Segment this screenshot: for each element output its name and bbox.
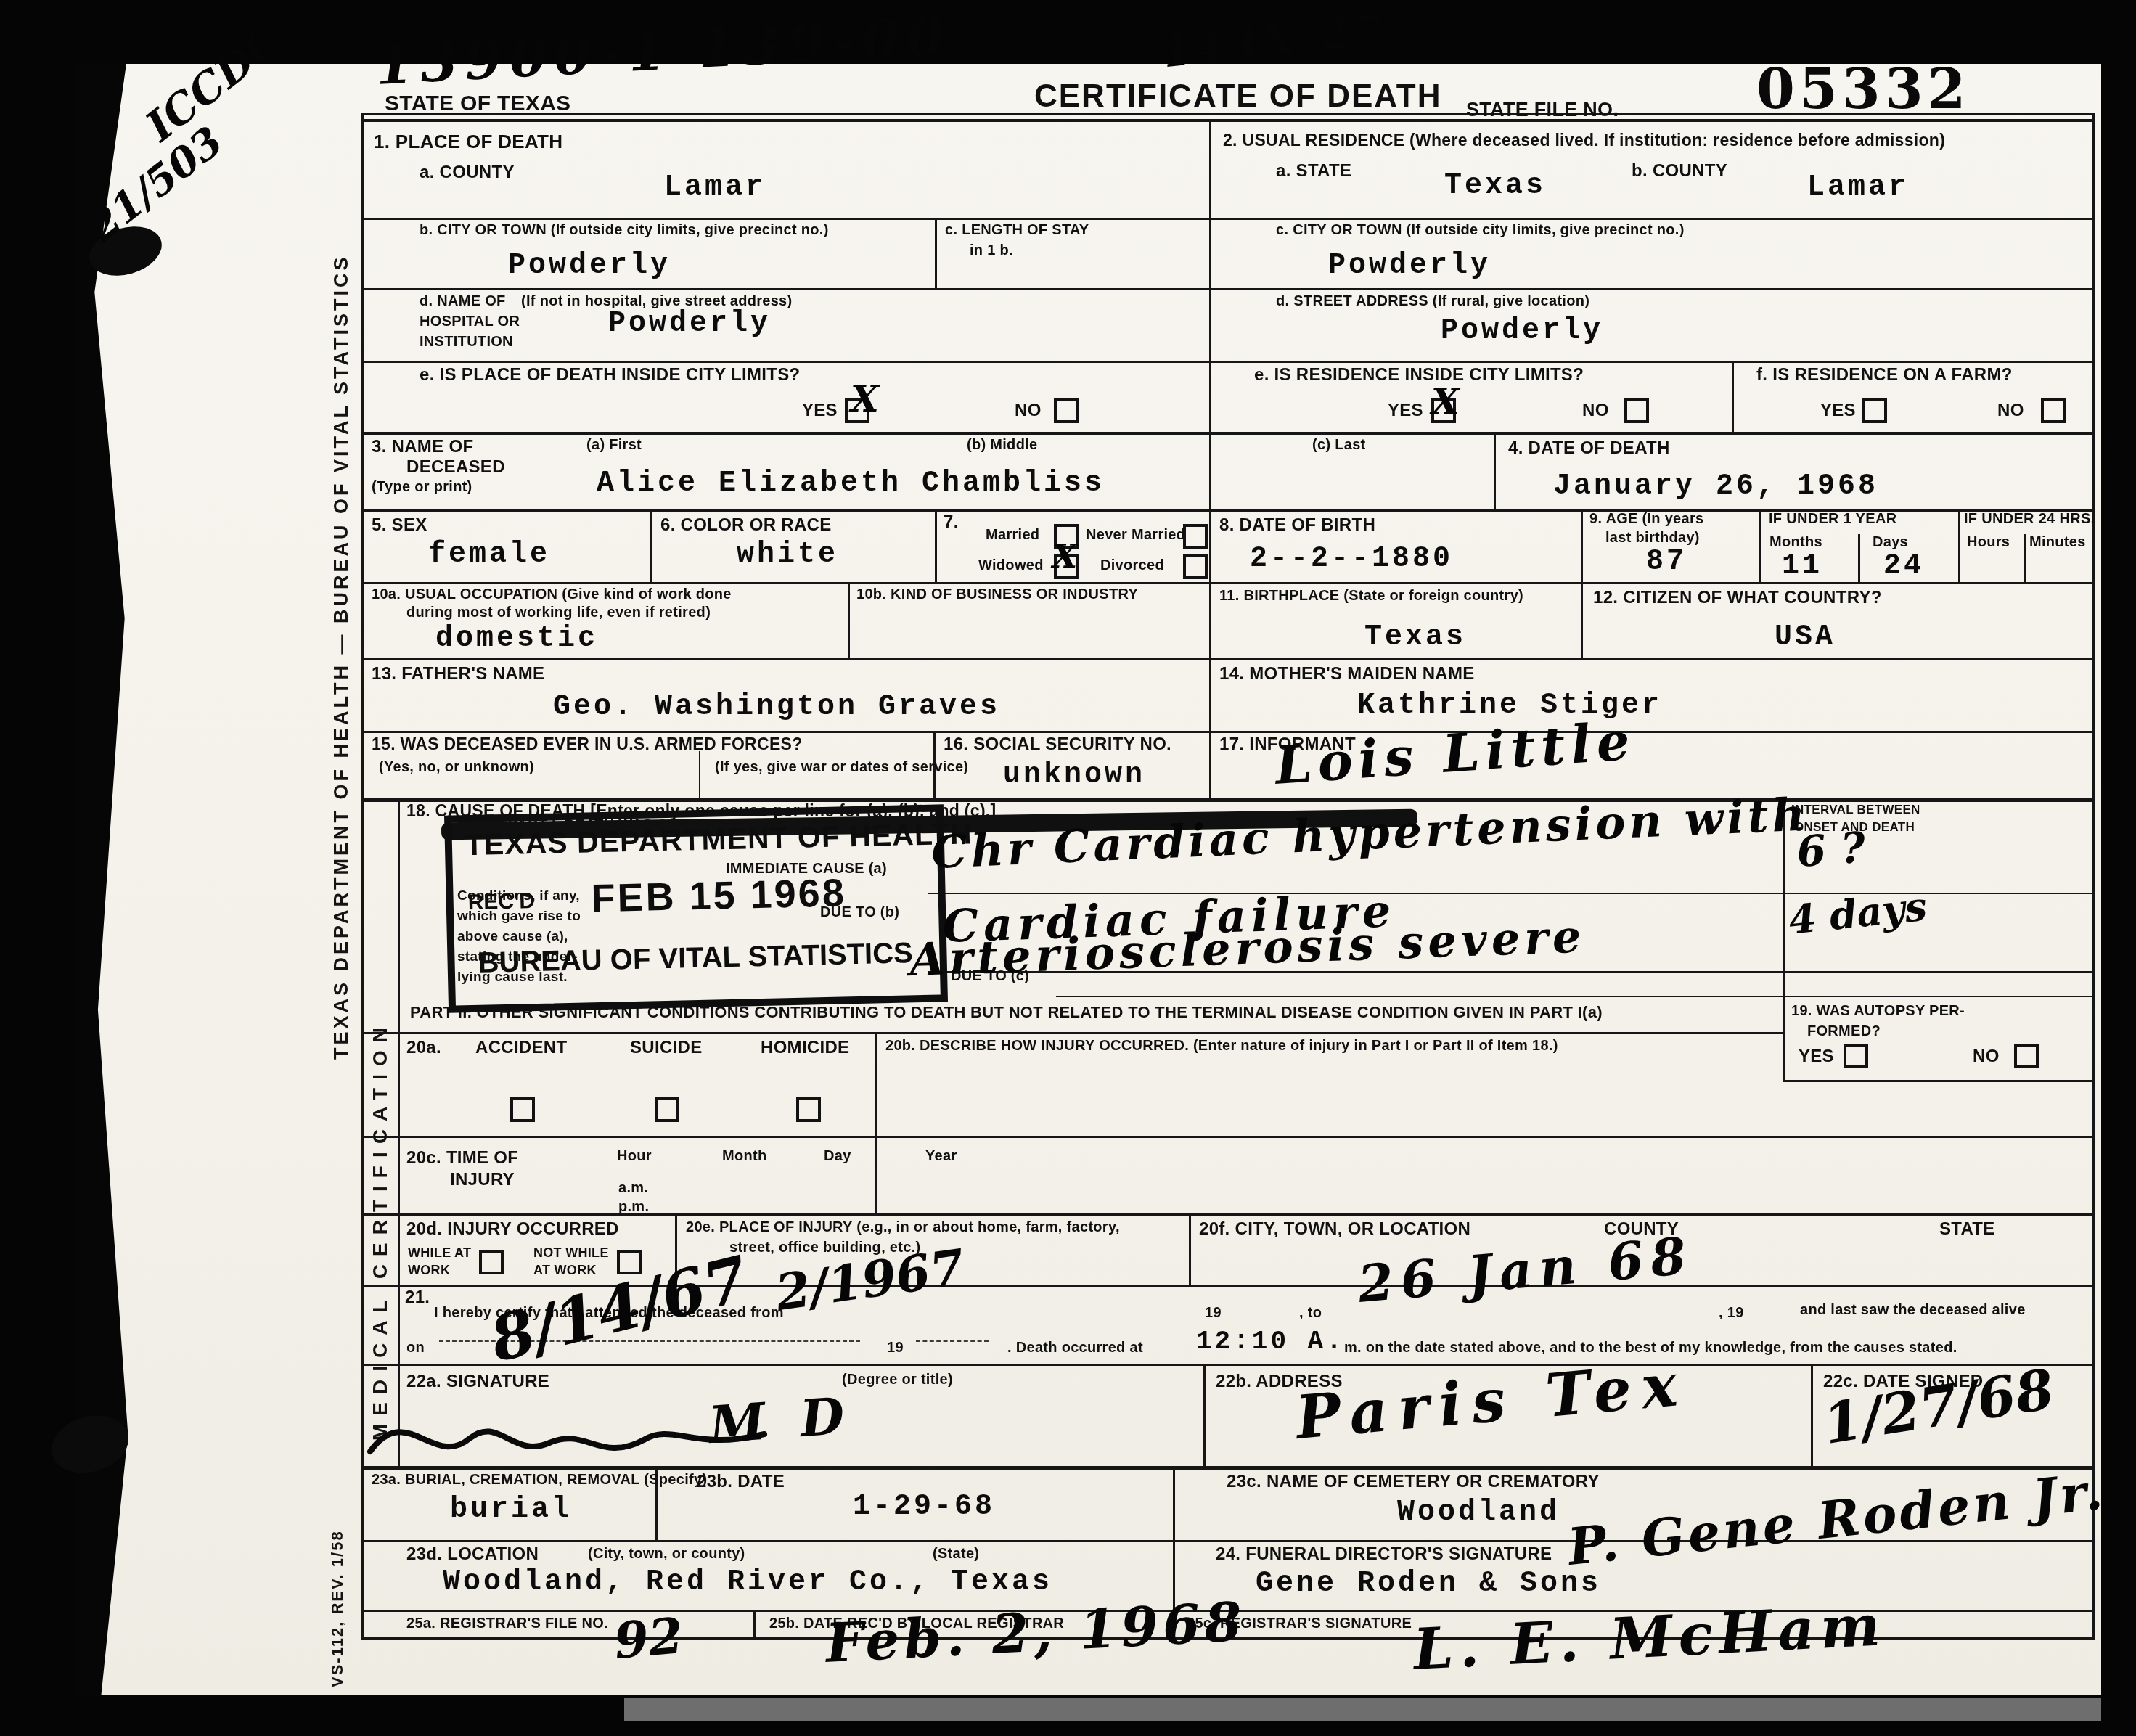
s12-value: USA xyxy=(1775,621,1836,654)
s10a-label2: during most of working life, even if ret… xyxy=(406,605,711,621)
s19-no-checkbox xyxy=(2014,1044,2039,1068)
s1d-label: d. NAME OF xyxy=(420,293,506,310)
s20c-am-label: a.m. xyxy=(618,1180,648,1197)
s15-label: 15. WAS DECEASED EVER IN U.S. ARMED FORC… xyxy=(372,734,803,754)
s14-label: 14. MOTHER'S MAIDEN NAME xyxy=(1219,664,1475,684)
s2b-value: Lamar xyxy=(1807,171,1909,204)
s7-never-married-label: Never Married xyxy=(1086,527,1185,544)
rule xyxy=(1494,432,1496,509)
s6-label: 6. COLOR OR RACE xyxy=(660,515,831,536)
s20c-pm-label: p.m. xyxy=(618,1199,649,1216)
s1d-value: Powderly xyxy=(608,308,771,340)
rule xyxy=(1783,1080,2094,1082)
s7-divorced-label: Divorced xyxy=(1100,557,1164,574)
s20c-year-label: Year xyxy=(925,1148,957,1165)
s8-label: 8. DATE OF BIRTH xyxy=(1219,515,1375,536)
s20d-while-checkbox xyxy=(479,1250,504,1274)
s4-value: January 26, 1968 xyxy=(1553,470,1878,503)
s20a-label: 20a. xyxy=(406,1038,441,1058)
s22a-degree-label: (Degree or title) xyxy=(842,1372,953,1388)
s20a-suicide-checkbox xyxy=(655,1097,679,1122)
s20a-suicide-label: SUICIDE xyxy=(630,1038,702,1058)
s1c-label: c. LENGTH OF STAY xyxy=(945,222,1089,239)
s13-label: 13. FATHER'S NAME xyxy=(372,664,544,684)
s21-to: , to xyxy=(1299,1305,1322,1322)
s20e-label1: 20e. PLACE OF INJURY (e.g., in or about … xyxy=(686,1219,1120,1236)
s2d-value: Powderly xyxy=(1441,315,1603,348)
s7-divorced-checkbox xyxy=(1183,554,1208,579)
rule xyxy=(1581,509,1583,582)
s12-label: 12. CITIZEN OF WHAT COUNTRY? xyxy=(1593,588,1882,608)
s21-yr2: , 19 xyxy=(1719,1305,1744,1322)
s15-sub1: (Yes, no, or unknown) xyxy=(379,759,534,776)
s6-value: white xyxy=(737,539,838,571)
rule xyxy=(1209,119,1211,800)
rule xyxy=(1759,509,1761,582)
rule xyxy=(363,288,2094,290)
s20b-label: 20b. DESCRIBE HOW INJURY OCCURRED. (Ente… xyxy=(885,1038,1558,1055)
rule xyxy=(1811,1364,1813,1467)
s21-yr3: 19 xyxy=(887,1340,904,1356)
s2f-yes-checkbox xyxy=(1862,398,1887,423)
s23d-sub2-label: (State) xyxy=(933,1546,979,1563)
rule xyxy=(1056,996,2094,997)
s20c-day-label: Day xyxy=(824,1148,851,1165)
s2c-value: Powderly xyxy=(1328,250,1491,282)
rule xyxy=(363,1032,1784,1034)
s1-title: 1. PLACE OF DEATH xyxy=(374,131,562,153)
rule xyxy=(1858,534,1860,582)
s3-last-label: (c) Last xyxy=(1312,437,1366,454)
s2f-no-checkbox xyxy=(2041,398,2066,423)
s23d-label: 23d. LOCATION xyxy=(406,1544,539,1565)
s20d-not1-label: NOT WHILE xyxy=(533,1245,609,1261)
rule xyxy=(2092,113,2095,1640)
s2b-label: b. COUNTY xyxy=(1632,161,1727,181)
rule xyxy=(1958,509,1960,582)
s7-widowed-label: Widowed xyxy=(978,557,1044,574)
s19-yes-checkbox xyxy=(1844,1044,1868,1068)
s9-months-value: 11 xyxy=(1782,550,1822,583)
s21-on: on xyxy=(406,1340,425,1356)
s23c-label: 23c. NAME OF CEMETERY OR CREMATORY xyxy=(1227,1472,1600,1492)
s1c-sublabel: in 1 b. xyxy=(970,242,1013,259)
s10a-value: domestic xyxy=(435,623,598,655)
s23b-value: 1-29-68 xyxy=(853,1491,995,1523)
rule xyxy=(363,658,2094,660)
s2e-yes-mark: X xyxy=(1431,380,1460,423)
rule xyxy=(935,509,937,582)
rule xyxy=(1581,582,1583,658)
s21-text2: and last saw the deceased alive xyxy=(1800,1302,2026,1319)
s1e-yes-label: YES xyxy=(802,401,838,421)
s18-interval-label1: INTERVAL BETWEEN xyxy=(1791,803,1920,817)
s2-title: 2. USUAL RESIDENCE (Where deceased lived… xyxy=(1223,131,1945,150)
s2a-value: Texas xyxy=(1444,170,1546,202)
rule xyxy=(363,582,2094,584)
margin-medical-certification-label: MEDICAL CERTIFICATION xyxy=(369,1020,392,1441)
rule xyxy=(753,1610,756,1640)
s2d-label: d. STREET ADDRESS (If rural, give locati… xyxy=(1276,293,1589,310)
s9-days-value: 24 xyxy=(1883,550,1924,583)
s3-first-label: (a) First xyxy=(586,437,642,454)
rule xyxy=(1732,361,1734,432)
stamp-line1: TEXAS DEPARTMENT OF HEALTH xyxy=(465,816,973,862)
rule xyxy=(363,432,2094,435)
s21-label: 21. xyxy=(405,1287,430,1308)
s23d-value: Woodland, Red River Co., Texas xyxy=(443,1566,1052,1599)
s8-value: 2--2--1880 xyxy=(1250,543,1453,576)
s19-label1: 19. WAS AUTOPSY PER- xyxy=(1791,1003,1965,1020)
s9-hours-label: Hours xyxy=(1967,534,2010,551)
s19-yes-label: YES xyxy=(1799,1047,1834,1067)
s9-label1: 9. AGE (In years xyxy=(1589,511,1703,528)
rule xyxy=(363,218,2094,220)
s2c-label: c. CITY OR TOWN (If outside city limits,… xyxy=(1276,222,1685,239)
s1d-label2: HOSPITAL OR xyxy=(420,314,520,330)
s3-title1: 3. NAME OF xyxy=(372,437,473,457)
s19-label2: FORMED? xyxy=(1807,1023,1881,1040)
s7-never-married-checkbox xyxy=(1183,524,1208,549)
s1d-label3: INSTITUTION xyxy=(420,334,513,351)
s9-label2: last birthday) xyxy=(1605,530,1700,546)
s21-yr1: 19 xyxy=(1205,1305,1222,1322)
s20a-accident-checkbox xyxy=(510,1097,535,1122)
s1e-no-label: NO xyxy=(1015,401,1042,421)
s1b-value: Powderly xyxy=(508,250,671,282)
s2a-label: a. STATE xyxy=(1276,161,1351,181)
s25a-label: 25a. REGISTRAR'S FILE NO. xyxy=(406,1616,608,1632)
rule xyxy=(848,582,850,658)
s20c-label1: 20c. TIME OF xyxy=(406,1148,518,1168)
s9-under1-label: IF UNDER 1 YEAR xyxy=(1769,511,1896,528)
s9-minutes-label: Minutes xyxy=(2029,534,2086,551)
s24-typed-name: Gene Roden & Sons xyxy=(1256,1568,1601,1600)
s3-title2: DECEASED xyxy=(406,457,505,478)
s2f-no-label: NO xyxy=(1997,401,2024,421)
s23c-value: Woodland xyxy=(1397,1497,1560,1529)
s20a-homicide-checkbox xyxy=(796,1097,821,1122)
s20a-homicide-label: HOMICIDE xyxy=(761,1038,849,1058)
s16-value: unknown xyxy=(1003,759,1145,792)
s20d-not2-label: AT WORK xyxy=(533,1263,597,1278)
s1e-label: e. IS PLACE OF DEATH INSIDE CITY LIMITS? xyxy=(420,365,800,385)
s2e-no-label: NO xyxy=(1582,401,1609,421)
s2f-yes-label: YES xyxy=(1820,401,1856,421)
s25a-file-no-handwriting: 92 xyxy=(612,1607,685,1671)
s1e-no-checkbox xyxy=(1054,398,1079,423)
s20a-accident-label: ACCIDENT xyxy=(475,1038,567,1058)
s7-widowed-mark: X xyxy=(1052,539,1077,576)
s5-label: 5. SEX xyxy=(372,515,427,536)
s11-label: 11. BIRTHPLACE (State or foreign country… xyxy=(1219,588,1523,605)
state-file-no-label: STATE FILE NO. xyxy=(1466,99,1619,121)
margin-form-code: VS-112, REV. 1/58 xyxy=(328,1530,347,1687)
s23a-label: 23a. BURIAL, CREMATION, REMOVAL (Specify… xyxy=(372,1472,707,1489)
s23a-value: burial xyxy=(450,1494,572,1526)
s20d-label: 20d. INJURY OCCURRED xyxy=(406,1219,619,1240)
s18-interval-a-handwriting: 6 ? xyxy=(1795,823,1867,877)
s11-value: Texas xyxy=(1364,621,1466,654)
s9-months-label: Months xyxy=(1769,534,1822,551)
scanner-bar xyxy=(624,1698,2101,1721)
rule xyxy=(398,798,400,1467)
s2e-label: e. IS RESIDENCE INSIDE CITY LIMITS? xyxy=(1254,365,1584,385)
s20d-while1-label: WHILE AT xyxy=(408,1245,471,1261)
s1a-label: a. COUNTY xyxy=(420,163,515,183)
rule xyxy=(2024,534,2026,582)
s7-label: 7. xyxy=(944,512,959,533)
scanned-death-certificate: ICCDC 21/503 TEXAS DEPARTMENT OF HEALTH … xyxy=(0,0,2136,1736)
physician-signature-suffix: M D xyxy=(707,1385,855,1455)
s2e-yes-label: YES xyxy=(1388,401,1423,421)
fill-line xyxy=(916,1340,989,1342)
rule xyxy=(699,751,700,800)
s23b-label: 23b. DATE xyxy=(697,1472,785,1492)
certificate-title: CERTIFICATE OF DEATH xyxy=(1034,78,1441,115)
s16-label: 16. SOCIAL SECURITY NO. xyxy=(944,734,1171,755)
s19-no-label: NO xyxy=(1973,1047,2000,1067)
s10b-label: 10b. KIND OF BUSINESS OR INDUSTRY xyxy=(856,586,1138,603)
s3-middle-label: (b) Middle xyxy=(967,437,1037,454)
received-stamp: TEXAS DEPARTMENT OF HEALTH REC'D FEB 15 … xyxy=(444,804,948,1013)
s22a-label: 22a. SIGNATURE xyxy=(406,1372,549,1392)
s9-days-label: Days xyxy=(1873,534,1908,551)
s23d-sub1-label: (City, town, or county) xyxy=(588,1546,745,1563)
s13-value: Geo. Washington Graves xyxy=(553,691,1000,724)
s20c-hour-label: Hour xyxy=(617,1148,652,1165)
s3-value: Alice Elizabeth Chambliss xyxy=(597,467,1105,500)
s5-value: female xyxy=(428,539,550,571)
rule xyxy=(875,1032,877,1213)
s9-under24-label: IF UNDER 24 HRS. xyxy=(1964,511,2095,528)
s1e-yes-mark: X xyxy=(851,377,879,420)
margin-department-label: TEXAS DEPARTMENT OF HEALTH — BUREAU OF V… xyxy=(330,255,353,1060)
rule xyxy=(363,1136,2094,1138)
s24-label: 24. FUNERAL DIRECTOR'S SIGNATURE xyxy=(1216,1544,1552,1565)
s2f-label: f. IS RESIDENCE ON A FARM? xyxy=(1756,365,2013,385)
stamp-date: FEB 15 1968 xyxy=(591,870,847,921)
rule xyxy=(361,113,364,1640)
state-file-number: 05332 xyxy=(1756,57,1970,121)
s20c-label2: INJURY xyxy=(450,1170,515,1190)
s21-time-typed: 12:10 A. xyxy=(1196,1327,1345,1356)
rule xyxy=(363,361,2094,363)
s20c-month-label: Month xyxy=(722,1148,766,1165)
s1a-value: Lamar xyxy=(664,171,766,204)
rule xyxy=(650,509,652,582)
s4-label: 4. DATE OF DEATH xyxy=(1508,438,1670,459)
stamp-recd-label: REC'D xyxy=(467,889,535,915)
rule xyxy=(935,218,937,288)
s15-sub2: (If yes, give war or dates of service) xyxy=(715,759,968,776)
s21-text3: . Death occurred at xyxy=(1007,1340,1143,1356)
s20d-while2-label: WORK xyxy=(408,1263,450,1278)
s9-value: 87 xyxy=(1646,546,1687,578)
s10a-label1: 10a. USUAL OCCUPATION (Give kind of work… xyxy=(372,586,732,603)
s20f-label: 20f. CITY, TOWN, OR LOCATION xyxy=(1199,1219,1470,1240)
s3-title3: (Type or print) xyxy=(372,479,472,496)
rule xyxy=(363,731,2094,733)
s7-married-label: Married xyxy=(986,527,1039,544)
stamp-line3: BUREAU OF VITAL STATISTICS xyxy=(478,937,913,980)
s1b-label: b. CITY OR TOWN (If outside city limits,… xyxy=(420,222,829,239)
rule xyxy=(1203,1364,1206,1467)
rule xyxy=(1189,1213,1191,1285)
rule xyxy=(363,1364,2094,1366)
s2e-no-checkbox xyxy=(1624,398,1649,423)
s20f-state-label: STATE xyxy=(1939,1219,1995,1240)
